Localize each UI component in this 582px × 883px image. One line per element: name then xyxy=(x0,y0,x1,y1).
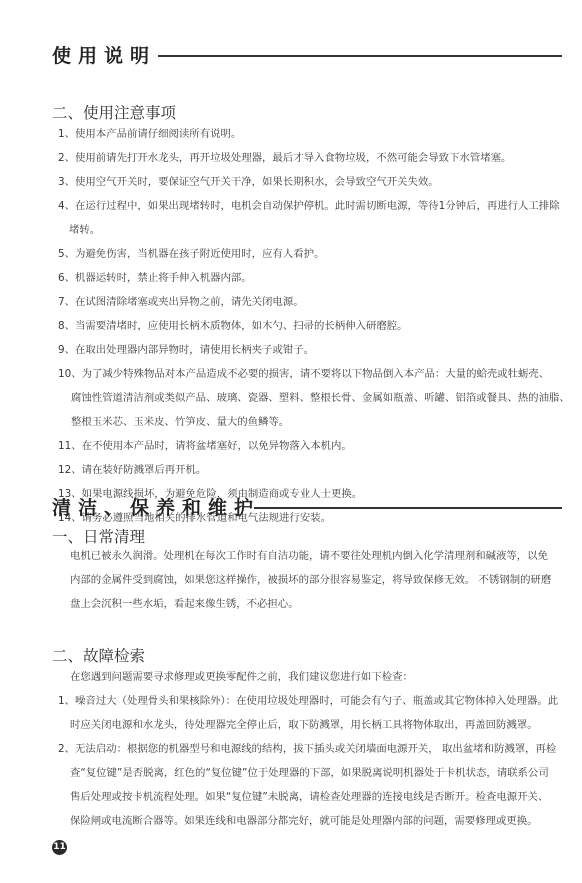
title-rule xyxy=(254,507,562,509)
list-item-continuation: 整根玉米芯、玉米皮、竹笋皮、量大的鱼鳞等。 xyxy=(58,410,570,434)
list-item: 2、使用前请先打开水龙头，再开垃圾处理器，最后才导入食物垃圾，不然可能会导致下水… xyxy=(58,146,570,170)
list-item-continuation: 查“复位键”是否脱离，红色的“复位键”位于处理器的下部，如果脱离说明机器处于卡机… xyxy=(58,761,558,785)
list-item: 1、噪音过大（处理骨头和果核除外）：在使用垃圾处理器时，可能会有勺子、瓶盖或其它… xyxy=(58,689,558,713)
subsection-title-troubleshooting: 二、故障检索 xyxy=(52,647,145,665)
list-item: 7、在试图清除堵塞或夹出异物之前，请先关闭电源。 xyxy=(58,290,570,314)
list-item: 6、机器运转时，禁止将手伸入机器内部。 xyxy=(58,266,570,290)
section-title-cleaning-maintenance: 清洁、保养和维护 xyxy=(52,497,260,519)
troubleshooting-intro: 在您遇到问题需要寻求修理或更换零配件之前，我们建议您进行如下检查： xyxy=(58,665,558,689)
daily-cleaning-paragraph: 电机已被永久润滑。处理机在每次工作时有自洁功能，请不要往处理机内倒入化学清理剂和… xyxy=(70,544,551,616)
list-item-continuation: 腐蚀性管道清洁剂或类似产品、玻璃、瓷器、塑料、整根长骨、金属如瓶盖、听罐、铝箔或… xyxy=(58,386,570,410)
page-number: 11 xyxy=(52,840,67,855)
list-item: 12、请在装好防溅罩后再开机。 xyxy=(58,458,570,482)
list-item-continuation: 保险闸或电流断合器等。如果连线和电器部分都完好，就可能是处理器内部的问题，需要修… xyxy=(58,809,558,833)
list-item: 8、当需要清堵时，应使用长柄木质物体，如木勺、扫帚的长柄伸入研磨腔。 xyxy=(58,314,570,338)
list-item-continuation: 售后处理或按卡机流程处理。如果“复位键”未脱离，请检查处理器的连接电线是否断开。… xyxy=(58,785,558,809)
section-title-instructions: 使用说明 xyxy=(52,45,156,67)
troubleshooting-content: 在您遇到问题需要寻求修理或更换零配件之前，我们建议您进行如下检查： 1、噪音过大… xyxy=(58,665,558,833)
list-item: 2、无法启动：根据您的机器型号和电源线的结构，拔下插头或关闭墙面电源开关， 取出… xyxy=(58,737,558,761)
list-item: 9、在取出处理器内部异物时，请使用长柄夹子或钳子。 xyxy=(58,338,570,362)
list-item: 4、在运行过程中，如果出现堵转时，电机会自动保护停机。此时需切断电源，等待1分钟… xyxy=(58,194,570,218)
paragraph-line: 盘上会沉积一些水垢，看起来像生锈，不必担心。 xyxy=(70,592,551,616)
list-item: 11、在不使用本产品时，请将盆堵塞好，以免异物落入本机内。 xyxy=(58,434,570,458)
list-item: 10、为了减少特殊物品对本产品造成不必要的损害，请不要将以下物品倒入本产品：大量… xyxy=(58,362,570,386)
list-item-continuation: 时应关闭电源和水龙头，待处理器完全停止后，取下防溅罩，用长柄工具将物体取出，再盖… xyxy=(58,713,558,737)
list-item: 3、使用空气开关时，要保证空气开关干净，如果长期积水，会导致空气开关失效。 xyxy=(58,170,570,194)
paragraph-line: 电机已被永久润滑。处理机在每次工作时有自洁功能，请不要往处理机内倒入化学清理剂和… xyxy=(70,544,551,568)
list-item-continuation: 堵转。 xyxy=(58,218,570,242)
precautions-list: 1、使用本产品前请仔细阅读所有说明。 2、使用前请先打开水龙头，再开垃圾处理器，… xyxy=(58,122,570,530)
paragraph-line: 内部的金属件受到腐蚀，如果您这样操作，被损坏的部分很容易鉴定，将导致保修无效。 … xyxy=(70,568,551,592)
subsection-title-precautions: 二、使用注意事项 xyxy=(52,104,176,122)
title-rule xyxy=(158,55,562,57)
list-item: 5、为避免伤害，当机器在孩子附近使用时，应有人看护。 xyxy=(58,242,570,266)
list-item: 1、使用本产品前请仔细阅读所有说明。 xyxy=(58,122,570,146)
